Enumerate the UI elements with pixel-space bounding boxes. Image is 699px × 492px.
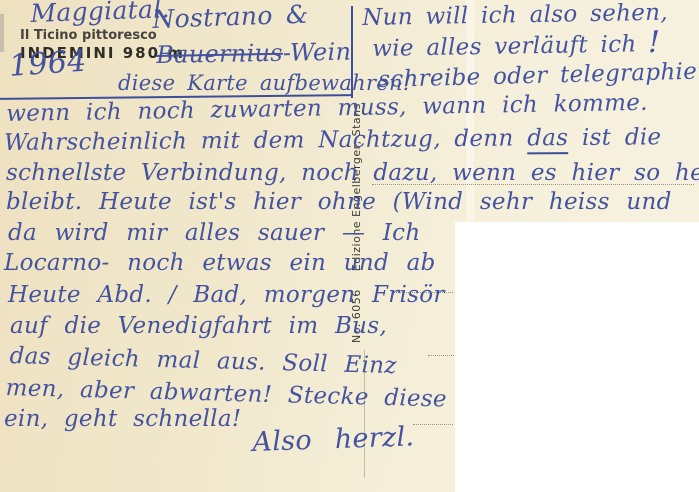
handwriting-region: Maggiatal. [30, 0, 170, 27]
handwriting-line: Wahrscheinlich mit dem Nachtzug, denn da… [4, 125, 662, 156]
nacht-line-post: ist die [568, 124, 661, 151]
postcard-scan: Il Ticino pittoresco INDEMINI 980 m No. … [0, 0, 699, 492]
handwriting-keep-note: diese Karte aufbewahren! [118, 72, 412, 95]
vertical-bracket-stroke [351, 6, 353, 98]
handwriting-exclamation: ! [648, 26, 660, 59]
handwriting-line: Heute Abd. / Bad, morgen Frisör [8, 283, 445, 308]
scan-edge-shadow [0, 14, 4, 52]
handwriting-line: ein, geht schnella! [4, 407, 241, 432]
handwriting-line: wie alles verläuft ich [372, 32, 637, 62]
address-dotted-line [428, 355, 454, 356]
handwriting-wine-line2: Bauernius-Wein [156, 39, 351, 69]
handwriting-line: auf die Venedigfahrt im Bus, [10, 314, 387, 339]
handwriting-line: schreibe oder telegraphiere, [378, 59, 699, 93]
printed-series-title: Il Ticino pittoresco [20, 28, 157, 43]
handwriting-line: schnellste Verbindung, noch dazu, wenn e… [6, 161, 699, 186]
address-dotted-line [413, 424, 453, 425]
handwriting-year: 1964 [8, 45, 88, 83]
handwriting-line: das gleich mal aus. Soll Einz [9, 344, 397, 379]
handwriting-wine-rest: -Wein [283, 38, 352, 67]
handwriting-line: da wird mir alles sauer — Ich [8, 221, 420, 246]
scan-cutout-area [455, 222, 699, 492]
handwriting-wine-struck-word: Bauernius [156, 39, 283, 69]
nacht-line-pre: Wahrscheinlich mit dem Nachtzug, denn [4, 125, 527, 156]
handwriting-line: bleibt. Heute ist's hier ohne (Wind sehr… [6, 190, 672, 215]
nacht-line-emphasized-word: das [527, 125, 568, 154]
handwriting-line: Locarno- noch etwas ein und ab [4, 251, 436, 276]
handwriting-line: Nun will ich also sehen, [362, 1, 668, 32]
handwriting-wine-line1: Nostrano & [152, 1, 309, 34]
handwriting-closing: Also herzl. [252, 422, 415, 457]
